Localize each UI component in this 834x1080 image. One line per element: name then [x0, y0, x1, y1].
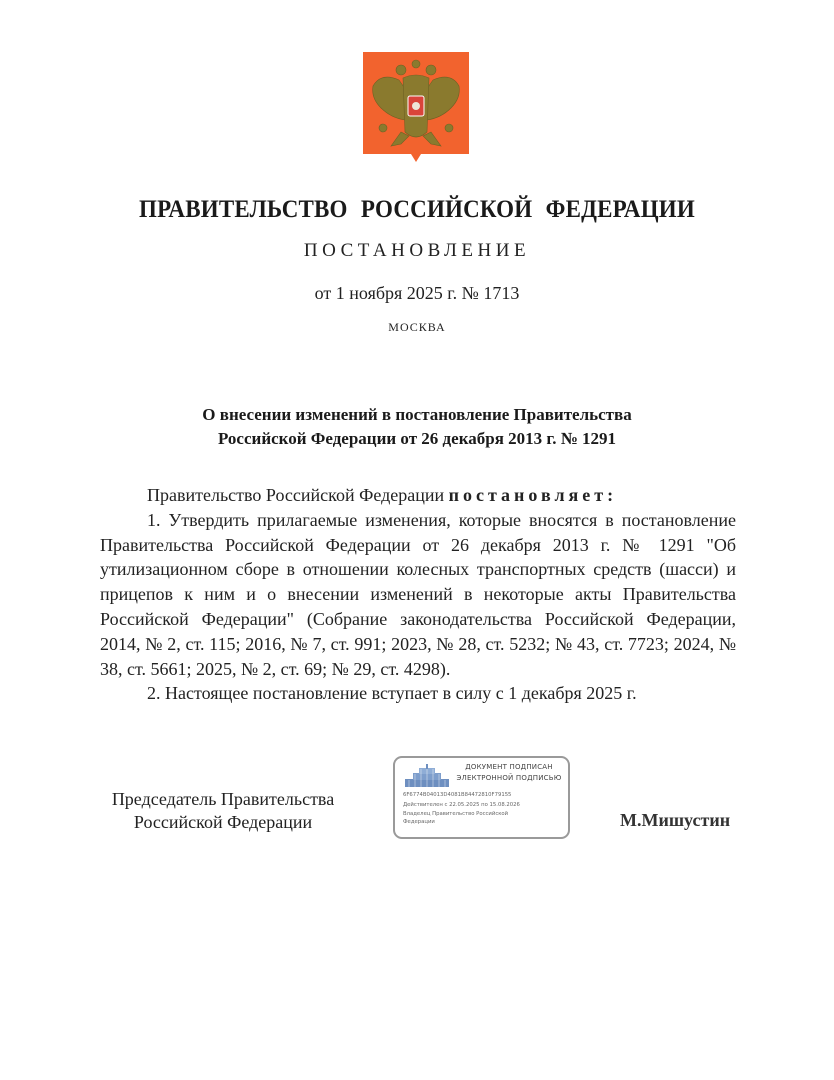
item-1-paragraph: 1. Утвердить прилагаемые изменения, кото… [100, 508, 736, 682]
document-date-number: от 1 ноября 2025 г. № 1713 [0, 283, 834, 304]
intro-text: Правительство Российской Федерации [147, 485, 449, 505]
position-line-1: Председатель Правительства [98, 788, 348, 811]
stamp-owner-line-1: Владелец Правительство Российской [403, 811, 508, 818]
intro-paragraph: Правительство Российской Федерации поста… [100, 483, 736, 508]
stamp-title-line-1: ДОКУМЕНТ ПОДПИСАН [453, 762, 565, 773]
subject-line-1: О внесении изменений в постановление Пра… [0, 403, 834, 427]
signatory-position: Председатель Правительства Российской Фе… [98, 788, 348, 834]
government-title: ПРАВИТЕЛЬСТВО РОССИЙСКОЙ ФЕДЕРАЦИИ [33, 196, 800, 224]
stamp-certificate: 6F6774B04013D4081B84472810F79155 [403, 792, 511, 799]
coat-of-arms-icon [361, 50, 471, 168]
government-building-icon [405, 764, 449, 788]
resolves-word: постановляет: [449, 485, 618, 505]
subject-line-2: Российской Федерации от 26 декабря 2013 … [0, 427, 834, 451]
document-body: Правительство Российской Федерации поста… [100, 483, 736, 706]
signatory-name: М.Мишустин [620, 810, 730, 831]
document-city: МОСКВА [0, 320, 834, 335]
coat-of-arms-emblem [361, 50, 471, 168]
document-type: ПОСТАНОВЛЕНИЕ [0, 240, 834, 262]
stamp-title: ДОКУМЕНТ ПОДПИСАН ЭЛЕКТРОННОЙ ПОДПИСЬЮ [453, 762, 565, 784]
stamp-validity: Действителен с 22.05.2025 по 15.08.2026 [403, 802, 520, 809]
stamp-owner-line-2: Федерации [403, 819, 435, 826]
document-subject: О внесении изменений в постановление Пра… [0, 403, 834, 451]
position-line-2: Российской Федерации [98, 811, 348, 834]
electronic-signature-stamp: ДОКУМЕНТ ПОДПИСАН ЭЛЕКТРОННОЙ ПОДПИСЬЮ 6… [393, 756, 570, 839]
stamp-title-line-2: ЭЛЕКТРОННОЙ ПОДПИСЬЮ [453, 773, 565, 784]
item-2-paragraph: 2. Настоящее постановление вступает в си… [100, 681, 736, 706]
